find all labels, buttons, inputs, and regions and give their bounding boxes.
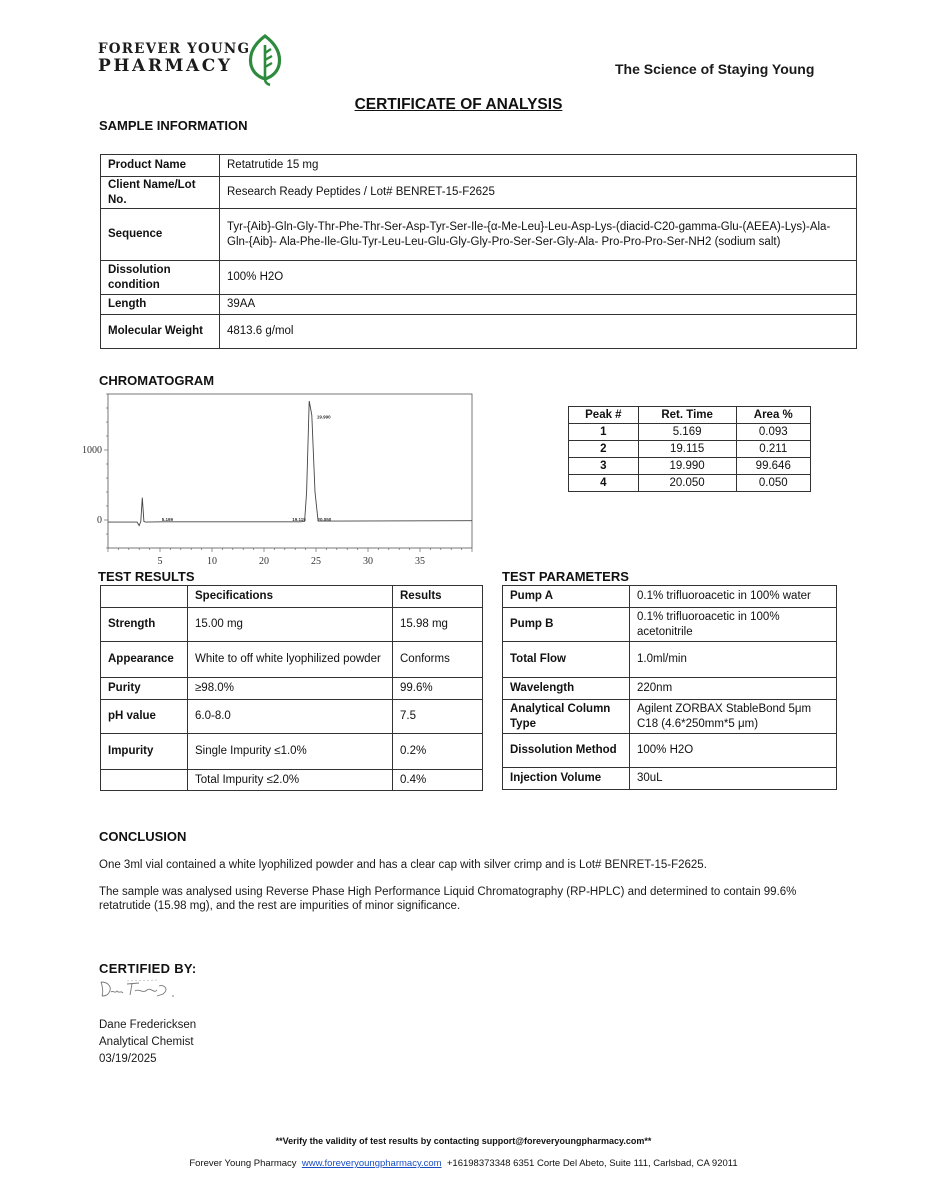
param-value: Agilent ZORBAX StableBond 5μm C18 (4.6*2… — [630, 700, 837, 734]
svg-text:5: 5 — [158, 556, 163, 567]
svg-text:25: 25 — [311, 556, 321, 567]
col-header: Results — [393, 586, 483, 608]
peak-table: Peak # Ret. Time Area % 1 5.169 0.093 2 … — [568, 406, 811, 492]
table-row: Sequence Tyr-{Aib}-Gln-Gly-Thr-Phe-Thr-S… — [101, 209, 857, 261]
footer-company: Forever Young Pharmacy — [189, 1158, 296, 1169]
table-row: Injection Volume 30uL — [503, 768, 837, 790]
table-row: 3 19.990 99.646 — [569, 458, 811, 475]
test-name — [101, 770, 188, 791]
retention-time: 20.050 — [638, 475, 736, 492]
test-name: Strength — [101, 608, 188, 642]
row-label: Client Name/Lot No. — [101, 177, 220, 209]
table-row: Total Impurity ≤2.0% 0.4% — [101, 770, 483, 791]
param-label: Analytical Column Type — [503, 700, 630, 734]
test-name: Impurity — [101, 734, 188, 770]
svg-text:19.990: 19.990 — [317, 415, 331, 420]
param-value: 100% H2O — [630, 734, 837, 768]
result: 0.2% — [393, 734, 483, 770]
result: 0.4% — [393, 770, 483, 791]
svg-text:20: 20 — [259, 556, 269, 567]
table-row: Dissolution condition 100% H2O — [101, 261, 857, 295]
area-percent: 99.646 — [736, 458, 810, 475]
svg-text:1000: 1000 — [82, 445, 102, 456]
svg-text:30: 30 — [363, 556, 373, 567]
col-header: Ret. Time — [638, 407, 736, 424]
retention-time: 19.990 — [638, 458, 736, 475]
table-row: Strength 15.00 mg 15.98 mg — [101, 608, 483, 642]
table-row: 1 5.169 0.093 — [569, 424, 811, 441]
conclusion-paragraph-1: One 3ml vial contained a white lyophiliz… — [99, 858, 829, 872]
param-value: 0.1% trifluoroacetic in 100% water — [630, 586, 837, 608]
test-name: Appearance — [101, 642, 188, 678]
specification: 15.00 mg — [188, 608, 393, 642]
peak-number: 1 — [569, 424, 639, 441]
retention-time: 19.115 — [638, 441, 736, 458]
result: Conforms — [393, 642, 483, 678]
row-value: Tyr-{Aib}-Gln-Gly-Thr-Phe-Thr-Ser-Asp-Ty… — [220, 209, 857, 261]
test-name: Purity — [101, 678, 188, 700]
svg-text:35: 35 — [415, 556, 425, 567]
retention-time: 5.169 — [638, 424, 736, 441]
param-value: 1.0ml/min — [630, 642, 837, 678]
table-row: Pump A 0.1% trifluoroacetic in 100% wate… — [503, 586, 837, 608]
svg-text:0: 0 — [97, 515, 102, 526]
row-value: 4813.6 g/mol — [220, 315, 857, 349]
verify-notice: **Verify the validity of test results by… — [0, 1136, 927, 1146]
row-value: Retatrutide 15 mg — [220, 155, 857, 177]
leaf-icon — [247, 33, 283, 87]
certifier-name: Dane Fredericksen — [99, 1018, 196, 1032]
area-percent: 0.093 — [736, 424, 810, 441]
table-row: Impurity Single Impurity ≤1.0% 0.2% — [101, 734, 483, 770]
row-value: 39AA — [220, 295, 857, 315]
area-percent: 0.050 — [736, 475, 810, 492]
table-row: Appearance White to off white lyophilize… — [101, 642, 483, 678]
table-header-row: Peak # Ret. Time Area % — [569, 407, 811, 424]
specification: 6.0-8.0 — [188, 700, 393, 734]
col-header: Specifications — [188, 586, 393, 608]
table-row: pH value 6.0-8.0 7.5 — [101, 700, 483, 734]
certified-heading: CERTIFIED BY: — [99, 961, 197, 976]
param-label: Wavelength — [503, 678, 630, 700]
svg-text:20.050: 20.050 — [318, 517, 332, 522]
svg-text:10: 10 — [207, 556, 217, 567]
logo-line-1: FOREVER YOUNG — [98, 43, 250, 57]
param-label: Total Flow — [503, 642, 630, 678]
table-row: Client Name/Lot No. Research Ready Pepti… — [101, 177, 857, 209]
test-parameters-heading: TEST PARAMETERS — [502, 569, 629, 584]
specification: Single Impurity ≤1.0% — [188, 734, 393, 770]
param-label: Pump B — [503, 608, 630, 642]
table-row: Dissolution Method 100% H2O — [503, 734, 837, 768]
table-row: Total Flow 1.0ml/min — [503, 642, 837, 678]
result: 15.98 mg — [393, 608, 483, 642]
tagline: The Science of Staying Young — [615, 61, 814, 77]
param-value: 0.1% trifluoroacetic in 100% acetonitril… — [630, 608, 837, 642]
conclusion-paragraph-2: The sample was analysed using Reverse Ph… — [99, 885, 819, 913]
col-header — [101, 586, 188, 608]
table-row: 2 19.115 0.211 — [569, 441, 811, 458]
website-link[interactable]: www.foreveryoungpharmacy.com — [302, 1158, 442, 1169]
result: 99.6% — [393, 678, 483, 700]
test-results-table: Specifications Results Strength 15.00 mg… — [100, 585, 483, 791]
param-label: Dissolution Method — [503, 734, 630, 768]
row-value: 100% H2O — [220, 261, 857, 295]
param-label: Pump A — [503, 586, 630, 608]
certifier-role: Analytical Chemist — [99, 1035, 194, 1049]
row-label: Dissolution condition — [101, 261, 220, 295]
footer-contact-line: Forever Young Pharmacy www.foreveryoungp… — [0, 1158, 927, 1169]
peak-number: 4 — [569, 475, 639, 492]
specification: ≥98.0% — [188, 678, 393, 700]
logo-line-2: PHARMACY — [98, 58, 250, 75]
table-header-row: Specifications Results — [101, 586, 483, 608]
peak-number: 2 — [569, 441, 639, 458]
page-title: CERTIFICATE OF ANALYSIS — [0, 96, 917, 114]
svg-text:5.169: 5.169 — [162, 517, 174, 522]
test-name: pH value — [101, 700, 188, 734]
table-row: Purity ≥98.0% 99.6% — [101, 678, 483, 700]
peak-number: 3 — [569, 458, 639, 475]
col-header: Peak # — [569, 407, 639, 424]
conclusion-heading: CONCLUSION — [99, 829, 186, 844]
row-label: Length — [101, 295, 220, 315]
sample-info-table: Product Name Retatrutide 15 mg Client Na… — [100, 154, 857, 349]
signature-image — [99, 978, 179, 1000]
svg-text:19.115: 19.115 — [292, 517, 306, 522]
specification: White to off white lyophilized powder — [188, 642, 393, 678]
specification: Total Impurity ≤2.0% — [188, 770, 393, 791]
chromatogram-chart: 51020253035010005.16919.11519.99020.050 — [78, 388, 490, 568]
param-value: 220nm — [630, 678, 837, 700]
table-row: Molecular Weight 4813.6 g/mol — [101, 315, 857, 349]
brand-logo-text: FOREVER YOUNG PHARMACY — [98, 43, 250, 75]
result: 7.5 — [393, 700, 483, 734]
param-label: Injection Volume — [503, 768, 630, 790]
sample-info-heading: SAMPLE INFORMATION — [99, 118, 248, 133]
row-value: Research Ready Peptides / Lot# BENRET-15… — [220, 177, 857, 209]
test-results-heading: TEST RESULTS — [98, 569, 195, 584]
table-row: 4 20.050 0.050 — [569, 475, 811, 492]
row-label: Sequence — [101, 209, 220, 261]
chromatogram-heading: CHROMATOGRAM — [99, 373, 214, 388]
table-row: Analytical Column Type Agilent ZORBAX St… — [503, 700, 837, 734]
table-row: Wavelength 220nm — [503, 678, 837, 700]
area-percent: 0.211 — [736, 441, 810, 458]
footer-contact: +16198373348 6351 Corte Del Abeto, Suite… — [447, 1158, 738, 1169]
test-parameters-table: Pump A 0.1% trifluoroacetic in 100% wate… — [502, 585, 837, 790]
table-row: Pump B 0.1% trifluoroacetic in 100% acet… — [503, 608, 837, 642]
col-header: Area % — [736, 407, 810, 424]
param-value: 30uL — [630, 768, 837, 790]
row-label: Molecular Weight — [101, 315, 220, 349]
row-label: Product Name — [101, 155, 220, 177]
table-row: Length 39AA — [101, 295, 857, 315]
certification-date: 03/19/2025 — [99, 1052, 157, 1066]
table-row: Product Name Retatrutide 15 mg — [101, 155, 857, 177]
